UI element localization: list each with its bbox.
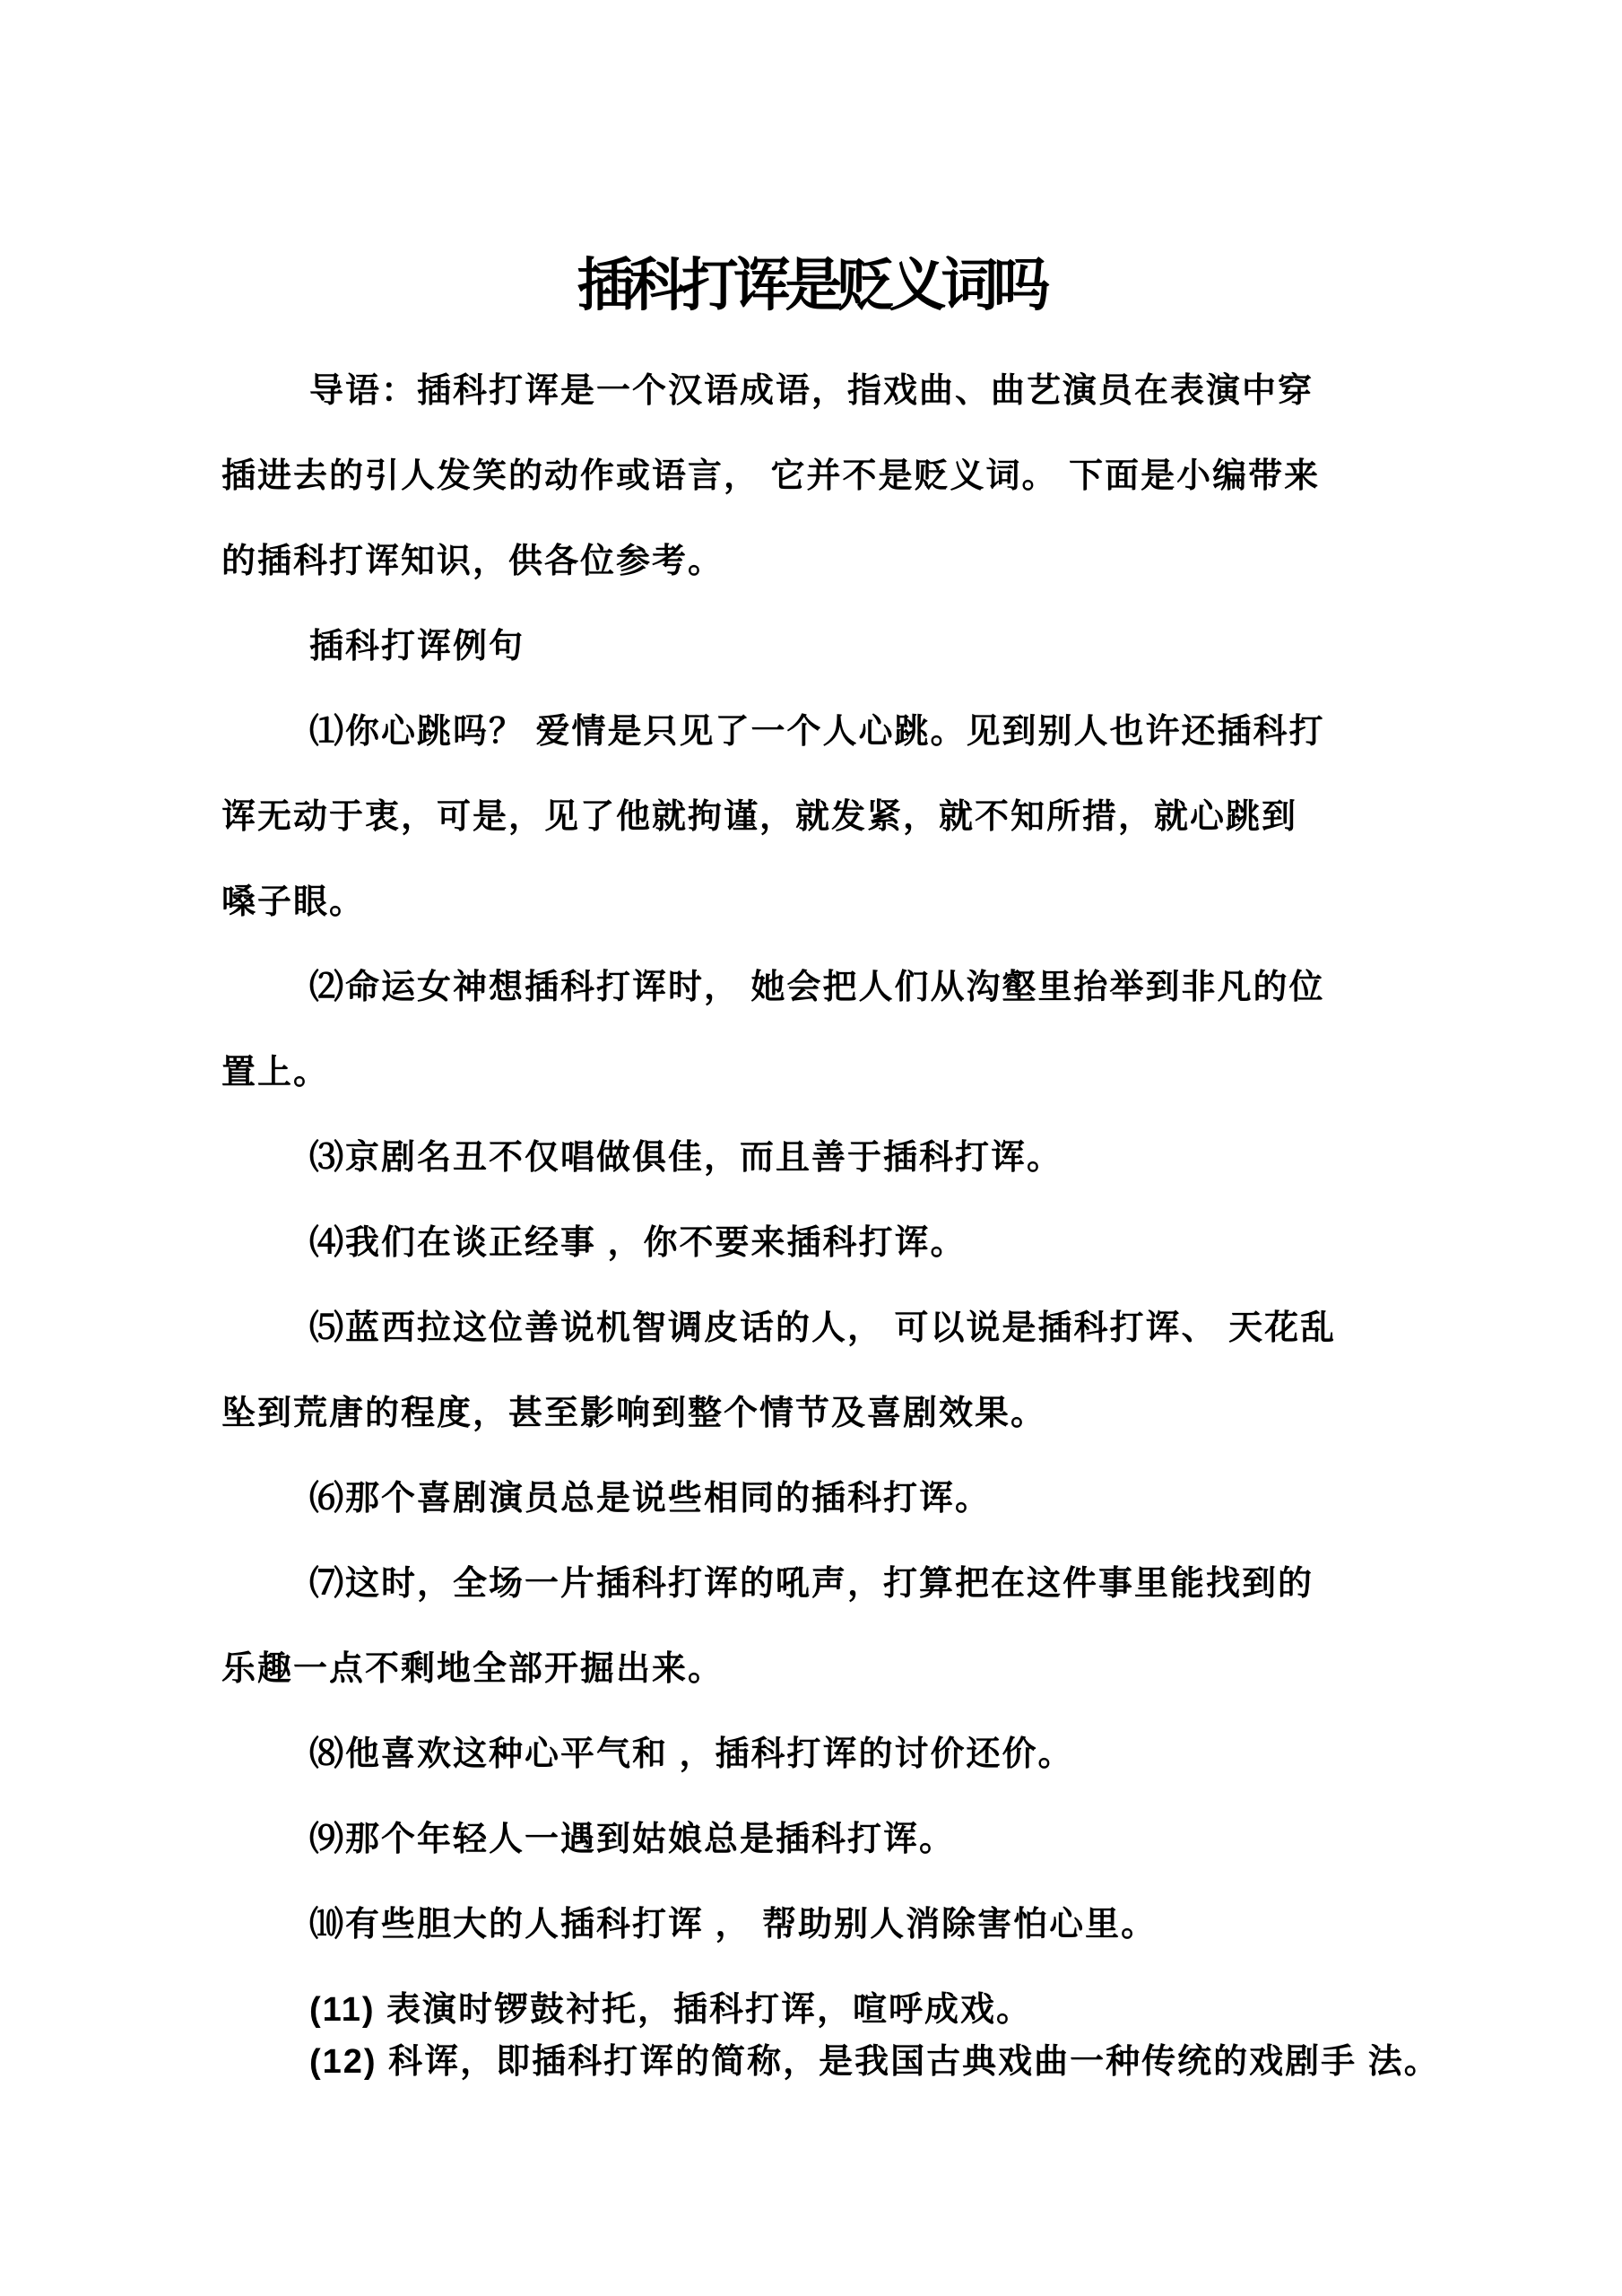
document-body: 导语：插科打诨是一个汉语成语，指戏曲、曲艺演员在表演中穿插进去的引人发笑的动作或…: [0, 349, 1622, 2089]
intro-line: 导语：插科打诨是一个汉语成语，指戏曲、曲艺演员在表演中穿: [221, 349, 1514, 434]
example-item-5: ⑸蓝西拉这位善说机智调皮话的人， 可以说是插科打诨、 天花乱: [221, 1286, 1514, 1371]
example-item-4: ⑷我们在谈正经事 ，你不要来插科打诨。: [221, 1201, 1514, 1286]
example-item-3: ⑶京剧名丑不仅唱做俱佳，而且善于插科打诨。: [221, 1116, 1514, 1201]
example-item-5: 坠到荒唐的程度，甚至影响到整个情节及喜剧效果。: [221, 1371, 1514, 1457]
intro-line: 插进去的引人发笑的动作或语言， 它并不是贬义词。 下面是小编带来: [221, 434, 1514, 519]
example-item-8: ⑻他喜欢这种心平气和 ，插科打诨的讨价还价。: [221, 1712, 1514, 1797]
example-item-12: (12) 科诨，即插科打诨的简称，是我国古典戏曲一种传统的戏剧手 法。: [221, 2035, 1514, 2089]
example-item-6: ⑹那个喜剧演员总是说些相同的插科打诨。: [221, 1457, 1514, 1542]
example-item-7: 乐趣一点不剩地全部开掘出来。: [221, 1627, 1514, 1712]
page-title: 插科打诨是贬义词吗: [0, 242, 1622, 328]
example-item-1: 嗓子眼。: [221, 860, 1514, 945]
intro-line: 的插科打诨知识，供各位参考。: [221, 519, 1514, 604]
example-item-1: 诨无动于衷，可是，见了他就拘谨，就发紧，就不知所措，就心跳到: [221, 775, 1514, 860]
document-page: 插科打诨是贬义词吗 导语：插科打诨是一个汉语成语，指戏曲、曲艺演员在表演中穿插进…: [0, 0, 1622, 2296]
example-item-1: ⑴你心跳吗？ 爱情是只见了一个人心跳。见到别人也许还插科打: [221, 690, 1514, 775]
example-item-10: ⑽有些胆大的人插科打诨 ， 帮助别人消除害怕心里。: [221, 1883, 1514, 1968]
example-item-2: 置上。: [221, 1031, 1514, 1116]
example-item-7: ⑺这时，全场一片插科打诨的吼声，打算把在这件事里能找到的: [221, 1542, 1514, 1627]
example-item-2: ⑵命运女神想插科打诨时， 她会把人们从沟壑里抬举到非凡的位: [221, 945, 1514, 1031]
example-item-9: ⑼那个年轻人一遇到姑娘总是插科打诨。: [221, 1797, 1514, 1883]
section-heading: 插科打诨例句: [221, 604, 1514, 690]
